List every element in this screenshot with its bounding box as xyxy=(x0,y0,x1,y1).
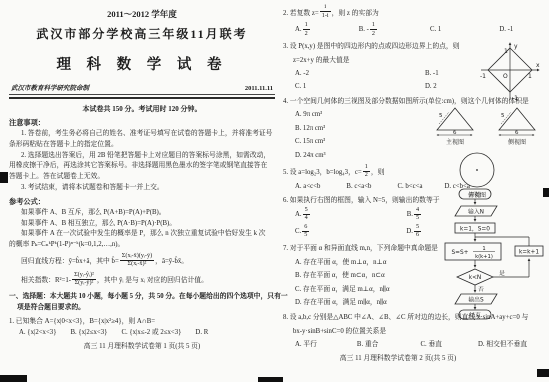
scanned-exam-sheet: 2011～2012 学年度 武汉市部分学校高三年级11月联考 理 科 数 学 试… xyxy=(0,0,549,382)
q8-option-b: B. 重合 xyxy=(357,339,379,350)
q6-option-a-fraction: 5 4 xyxy=(303,207,310,222)
question-8-options: A. 平行 B. 重合 C. 垂直 D. 相交但不垂直 xyxy=(283,339,545,350)
diamond-axes-drawing: y x O 1 1 -1 -1 xyxy=(479,38,543,106)
question-2-options: A. 1 2 B. - 1 2 C. 1 D. -1 xyxy=(283,21,545,38)
notice-2-line-3: 答题卡上。答在试题卷上无效。 xyxy=(9,172,275,183)
q3-option-a: A. -2 xyxy=(295,68,425,79)
issuer-name: 武汉市教育科学研究院命制 xyxy=(11,83,89,92)
q8-option-c: C. 垂直 xyxy=(420,339,442,350)
side-view-base-dim: 6 xyxy=(515,130,519,136)
q6-option-c-label: C. xyxy=(295,228,301,235)
side-view-label: 侧视图 xyxy=(508,138,526,146)
flowchart-yes-label: 是 xyxy=(499,269,505,277)
q2-stem-prefix: 2. 若复数 z= xyxy=(283,7,319,17)
flowchart-start: 开始 xyxy=(469,191,481,199)
formula-bernoulli-line-2: 的概率 Pₖ=CₙᵏPᵏ(1-P)ⁿ⁻ᵏ(k=0,1,2,…,n)。 xyxy=(9,240,275,251)
q1-option-b: B. {x|2≤x<3} xyxy=(70,327,107,338)
regression-suffix: ，â=ȳ-b̂x̄。 xyxy=(155,255,188,265)
q3-option-c: C. 1 xyxy=(295,81,425,92)
exam-title: 武汉市部分学校高三年级11月联考 xyxy=(9,25,275,42)
scan-artifact xyxy=(543,188,549,197)
regression-prefix: 回归直线方程：ŷ=b̂x+â，其中 b̂= xyxy=(21,255,119,265)
q2-option-d: D. -1 xyxy=(499,26,513,33)
flowchart-calc-prefix: S=S+ xyxy=(451,250,468,256)
q2-option-c: C. 1 xyxy=(430,26,441,33)
q2-option-a-label: A. xyxy=(295,26,302,33)
header-rule xyxy=(9,97,275,100)
q8-option-d: D. 相交但不垂直 xyxy=(478,339,527,350)
question-1-options: A. {x|2<x<3} B. {x|2≤x<3} C. {x|x≤-2 或 2… xyxy=(9,327,275,338)
scan-artifact xyxy=(537,369,549,377)
q6-option-c-fraction: 6 5 xyxy=(302,224,309,239)
q6-option-b-label: B. xyxy=(407,211,413,218)
flowchart-condition: k<N xyxy=(469,275,482,281)
flowchart-init: k=1，S=0 xyxy=(460,227,490,233)
three-views-drawing: 5 6 主视图 5 6 侧视图 俯视图 xyxy=(435,104,545,200)
notice-heading: 注意事项： xyxy=(9,118,275,129)
diamond-x-axis-label: x xyxy=(536,62,540,69)
q5-option-b: B. c<a<b xyxy=(346,181,371,192)
section-1-heading-line-1: 一、选择题：本大题共 10 小题，每小题 5 分，共 50 分。在每小题给出的四… xyxy=(9,292,275,303)
notice-1-line-2: 条形码粘贴在答题卡上的指定位置。 xyxy=(9,140,275,151)
flowchart-input: 输入N xyxy=(468,208,484,216)
diamond-origin-label: O xyxy=(503,73,508,80)
exam-date: 2011.11.11 xyxy=(245,85,273,92)
q5-stem-suffix: ，则 xyxy=(371,166,385,176)
q6-option-d-fraction: 5 6 xyxy=(414,224,421,239)
paper-subject-title: 理 科 数 学 试 卷 xyxy=(9,53,275,74)
flowchart-no-label: 否 xyxy=(478,285,484,293)
q6-option-d-label: D. xyxy=(406,228,413,235)
scan-artifact xyxy=(0,375,27,382)
flowchart-drawing: 开始 输入N k=1，S=0 S=S+ 1 k(k+1) k=k+1 xyxy=(429,188,545,320)
front-view-slant-dim: 5 xyxy=(439,113,443,119)
diamond-top-tick: 1 xyxy=(504,48,508,55)
notice-2-line-2: 用橡皮擦干净后，再选涂其它答案标号。非选择题用黑色墨水的签字笔或钢笔直接答在 xyxy=(9,161,275,172)
scan-artifact xyxy=(258,377,283,382)
q6-flowchart-figure: 开始 输入N k=1，S=0 S=S+ 1 k(k+1) k=k+1 xyxy=(429,188,545,325)
formula-independent: 如果事件 A、B 相互独立，那么 P(A·B)=P(A)·P(B)。 xyxy=(9,219,275,230)
formula-heading: 参考公式： xyxy=(9,197,275,208)
q2-stem-suffix: ，则 z 的实部为 xyxy=(332,7,379,17)
page-2: 2. 若复数 z= i 1-i ，则 z 的实部为 A. 1 2 B. - 1 … xyxy=(283,2,545,362)
section-1-heading-line-2: 项是符合题目要求的。 xyxy=(9,303,275,314)
flowchart-increment: k=k+1 xyxy=(519,250,539,256)
notice-3: 3. 考试结束，请将本试题卷和答题卡一并上交。 xyxy=(9,183,275,194)
q3-diamond-figure: y x O 1 1 -1 -1 xyxy=(479,38,543,111)
correlation-fraction: Σ(yᵢ-ŷᵢ)² Σ(yᵢ-ȳ)² xyxy=(72,272,96,287)
q1-option-a: A. {x|2<x<3} xyxy=(19,327,56,338)
formula-mutually-exclusive: 如果事件 A、B 互斥，那么 P(A+B)=P(A)+P(B)。 xyxy=(9,208,275,219)
front-view-label: 主视图 xyxy=(446,138,464,146)
flowchart-calc-numerator: 1 xyxy=(482,246,485,252)
front-view-base-dim: 6 xyxy=(453,130,457,136)
page-2-footer: 高三 11 月理科数学试卷第 2 页(共 5 页) xyxy=(283,352,513,362)
formula-bernoulli-line-1: 如果事件 A 在一次试验中发生的概率是 P，那么 n 次独立重复试验中恰好发生 … xyxy=(9,229,275,240)
page-1-footer: 高三 11 月理科数学试卷第 1 页(共 5 页) xyxy=(9,340,275,350)
flowchart-calc-denominator: k(k+1) xyxy=(475,254,493,260)
q5-fraction: 1 2 xyxy=(363,164,370,179)
notice-1-line-1: 1. 答卷前，考生务必将自己的姓名、准考证号填写在试卷的答题卡上，并将准考证号 xyxy=(9,129,275,140)
q5-option-c: C. b<c<a xyxy=(397,181,422,192)
diamond-y-axis-label: y xyxy=(514,43,518,50)
q3-option-d: D. 2 xyxy=(425,81,437,92)
formula-regression: 回归直线方程：ŷ=b̂x+â，其中 b̂= Σ(xᵢ-x̄)(yᵢ-ȳ) Σ(x… xyxy=(9,251,275,270)
correlation-prefix: 相关指数：R²=1- xyxy=(21,274,71,284)
issuer-row: 武汉市教育科学研究院命制 2011.11.11 xyxy=(9,83,275,95)
question-8-stem-line-2: bx-y·sinB+sinC=0 的位置关系是 xyxy=(283,326,545,337)
q5-stem-prefix: 5. 设 a=log₂3，b=log₄3，c= xyxy=(283,166,362,176)
flowchart-end: 结束 xyxy=(469,311,481,319)
q1-option-c: C. {x|x≤-2 或 2≤x<3} xyxy=(121,327,181,338)
notice-2-line-1: 2. 选择题选出答案后，用 2B 铅笔把答题卡上对应题目的答案标号涂黑，如需改动… xyxy=(9,151,275,162)
q2-option-b-label: B. - xyxy=(359,26,369,33)
page-1: 2011～2012 学年度 武汉市部分学校高三年级11月联考 理 科 数 学 试… xyxy=(9,5,275,350)
q1-option-d: D. R xyxy=(195,327,208,338)
correlation-suffix: ，其中 ŷᵢ 是与 xᵢ 对应的回归估计值。 xyxy=(97,274,208,284)
side-view-slant-dim: 5 xyxy=(501,113,505,119)
formula-correlation: 相关指数：R²=1- Σ(yᵢ-ŷᵢ)² Σ(yᵢ-ȳ)² ，其中 ŷᵢ 是与 … xyxy=(9,270,275,289)
question-2-stem: 2. 若复数 z= i 1-i ，则 z 的实部为 xyxy=(283,2,545,21)
q5-option-a: A. a<c<b xyxy=(295,181,320,192)
diamond-bottom-tick: -1 xyxy=(512,95,518,102)
scan-artifact xyxy=(0,172,8,183)
q3-option-b: B. -1 xyxy=(425,68,439,79)
q2-option-a-fraction: 1 2 xyxy=(303,22,310,37)
q6-option-a-label: A. xyxy=(295,211,302,218)
question-1-stem: 1. 已知集合 A={x|0<x<3}，B={x|x²≥4}，则 A∩B= xyxy=(9,316,275,327)
flowchart-output: 输出S xyxy=(468,296,484,304)
exam-info: 本试卷共 150 分。考试用时 120 分钟。 xyxy=(9,104,275,114)
regression-fraction: Σ(xᵢ-x̄)(yᵢ-ȳ) Σ(xᵢ-x̄)² xyxy=(120,253,154,268)
diamond-left-tick: -1 xyxy=(480,73,486,80)
q6-option-b-fraction: 4 5 xyxy=(414,207,421,222)
school-year: 2011～2012 学年度 xyxy=(9,8,275,20)
q2-fraction: i 1-i xyxy=(320,4,331,19)
diamond-right-tick: 1 xyxy=(528,73,532,80)
q2-option-b-fraction: 1 2 xyxy=(370,22,377,37)
q8-option-a: A. 平行 xyxy=(295,339,317,350)
